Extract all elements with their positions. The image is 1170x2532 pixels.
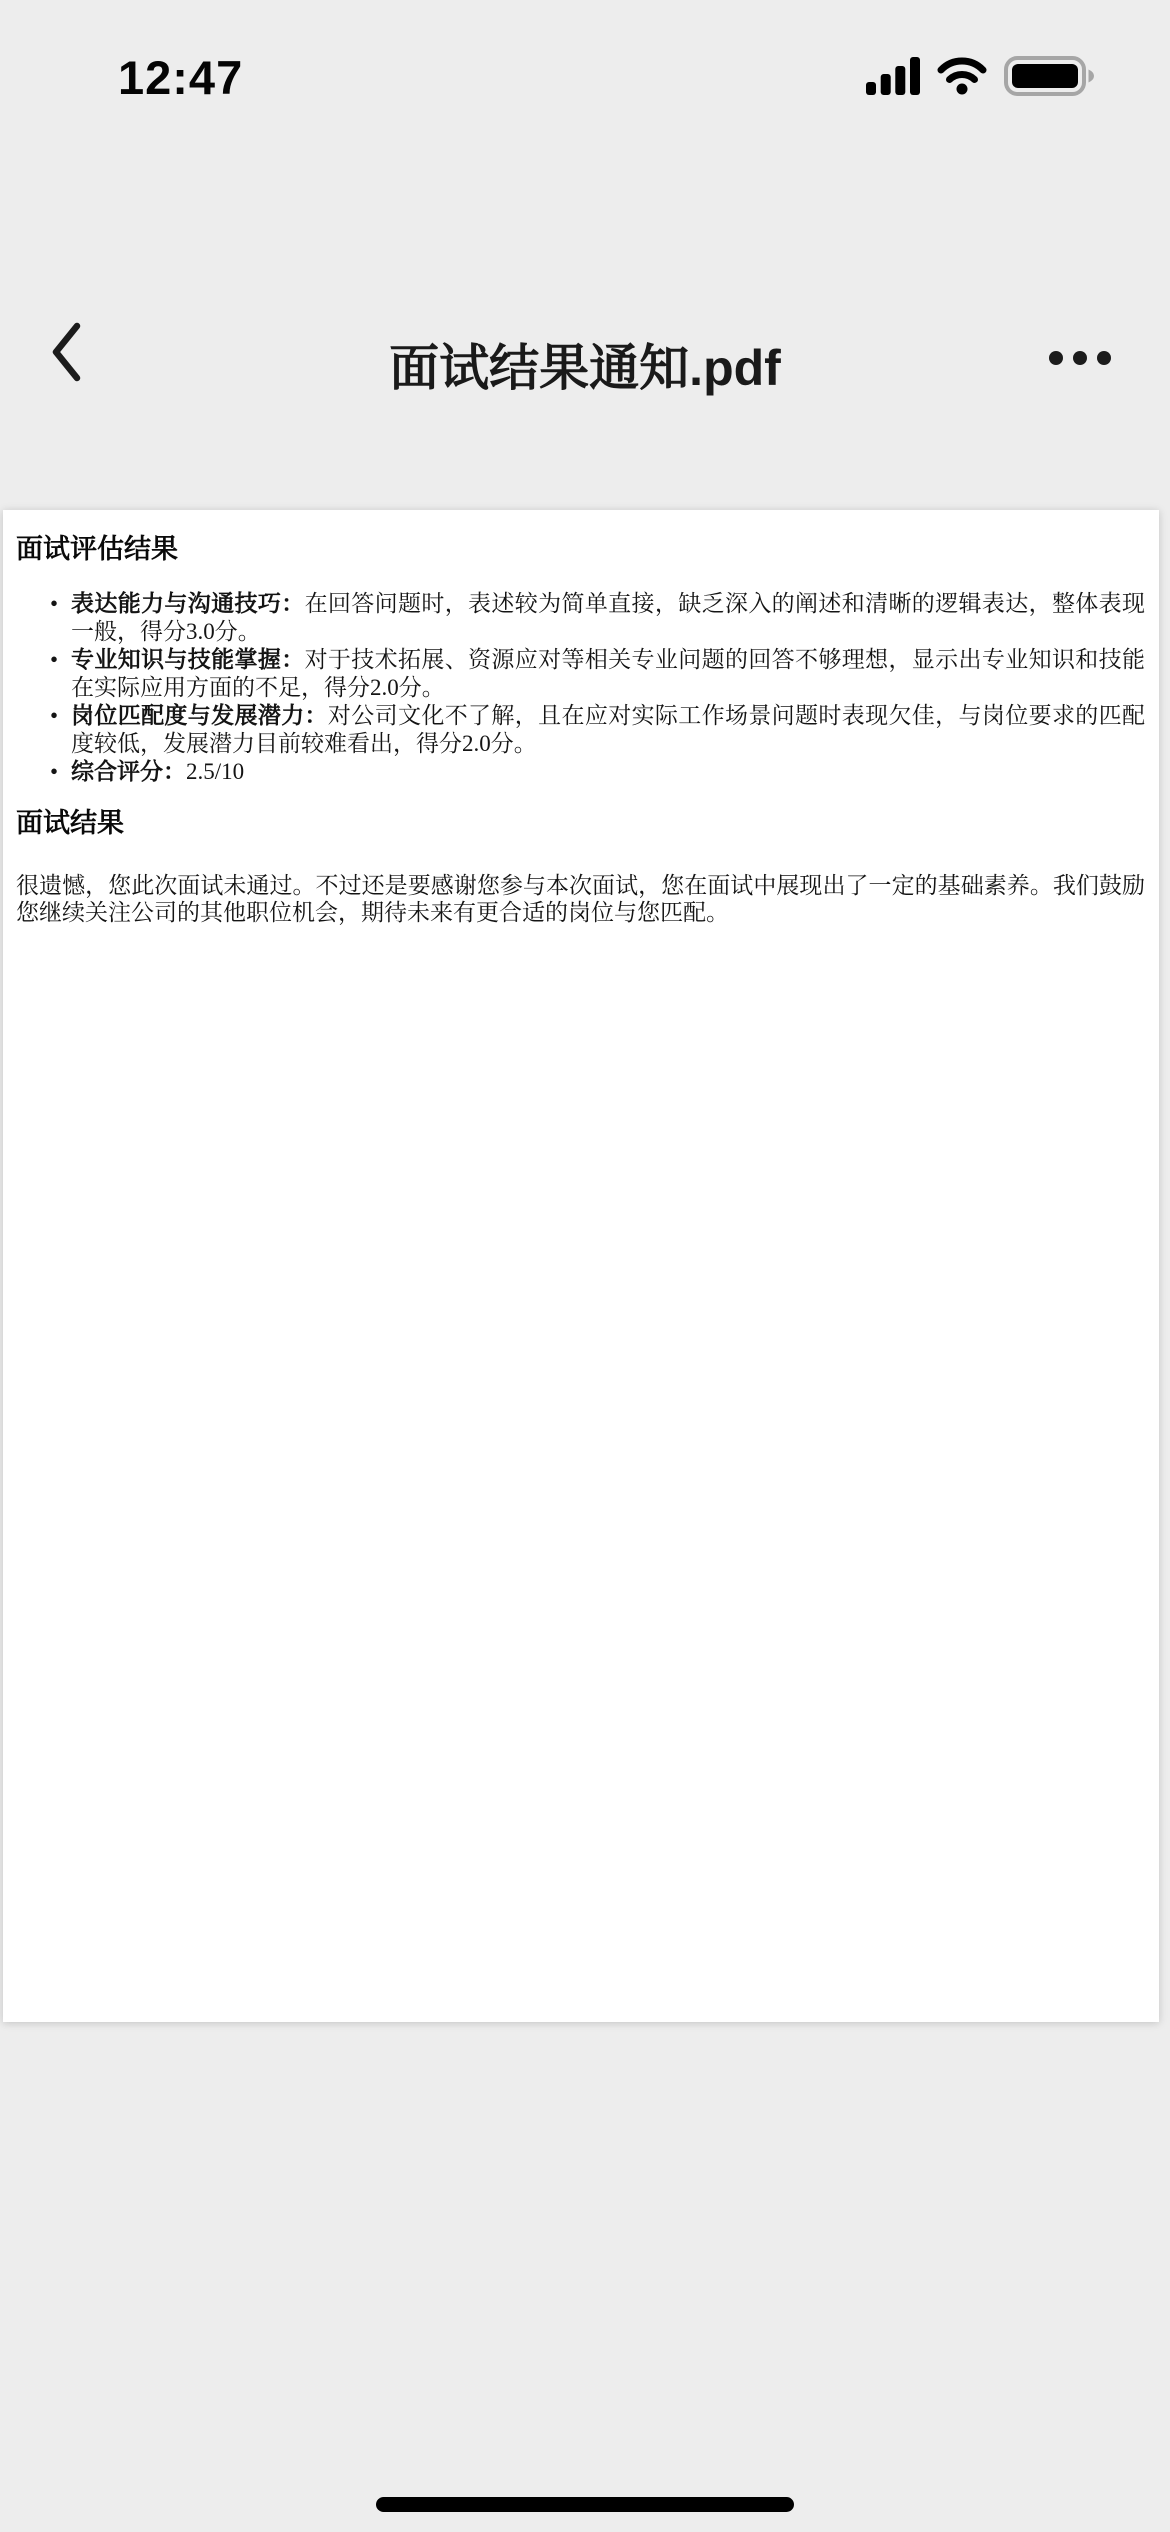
cellular-signal-icon: [866, 57, 920, 100]
document-page[interactable]: 面试评估结果 表达能力与沟通技巧：在回答问题时，表述较为简单直接，缺乏深入的阐述…: [3, 510, 1159, 2022]
list-item: 表达能力与沟通技巧：在回答问题时，表述较为简单直接，缺乏深入的阐述和清晰的逻辑表…: [50, 590, 1145, 646]
list-item: 专业知识与技能掌握：对于技术拓展、资源应对等相关专业问题的回答不够理想，显示出专…: [50, 646, 1145, 702]
clock-text: 12:47: [118, 50, 243, 105]
status-icons: [866, 56, 1096, 101]
result-paragraph: 很遗憾，您此次面试未通过。不过还是要感谢您参与本次面试，您在面试中展现出了一定的…: [16, 872, 1145, 926]
list-item: 岗位匹配度与发展潜力：对公司文化不了解，且在应对实际工作场景问题时表现欠佳，与岗…: [50, 702, 1145, 758]
home-indicator[interactable]: [376, 2497, 794, 2512]
bullet-label: 专业知识与技能掌握：: [71, 647, 305, 672]
bullet-label: 岗位匹配度与发展潜力：: [71, 703, 328, 728]
wifi-icon: [936, 57, 988, 100]
list-item: 综合评分：2.5/10: [50, 758, 1145, 786]
bullet-label: 综合评分：: [71, 759, 186, 784]
battery-icon: [1004, 56, 1096, 101]
status-bar: 12:47: [0, 0, 1170, 130]
nav-bar: 面试结果通知.pdf: [0, 150, 1170, 280]
result-heading: 面试结果: [16, 804, 1145, 842]
evaluation-list: 表达能力与沟通技巧：在回答问题时，表述较为简单直接，缺乏深入的阐述和清晰的逻辑表…: [50, 590, 1145, 786]
pdf-viewport[interactable]: 面试评估结果 表达能力与沟通技巧：在回答问题时，表述较为简单直接，缺乏深入的阐述…: [0, 280, 1170, 2532]
bullet-text: 2.5/10: [186, 759, 244, 784]
bullet-label: 表达能力与沟通技巧：: [71, 591, 305, 616]
evaluation-heading: 面试评估结果: [16, 530, 1145, 568]
